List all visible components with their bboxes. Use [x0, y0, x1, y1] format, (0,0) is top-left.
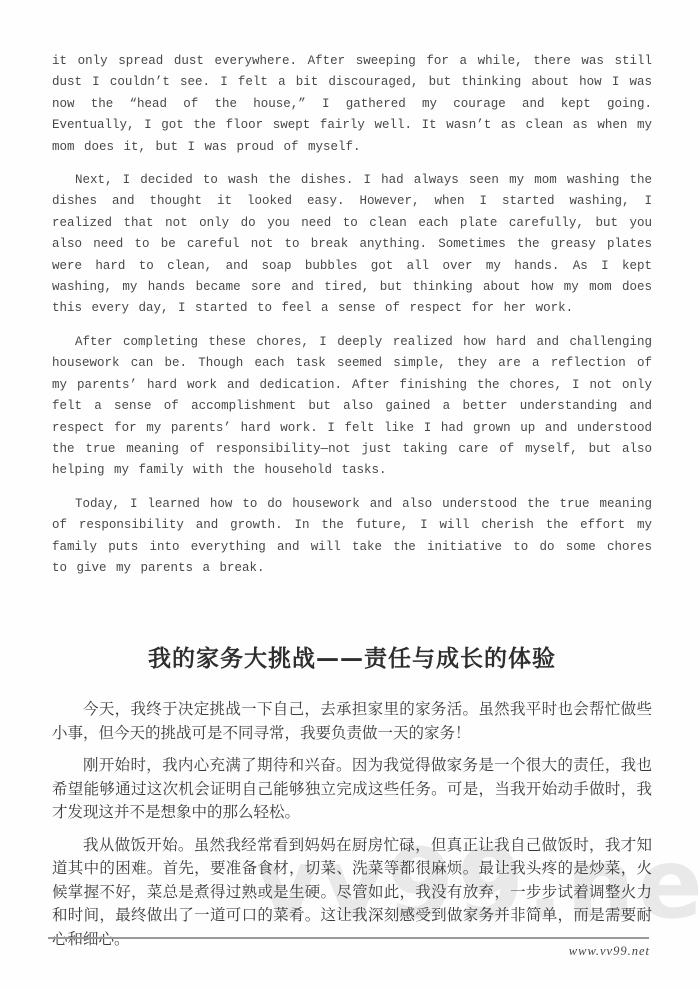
chinese-paragraph: 今天，我终于决定挑战一下自己，去承担家里的家务活。虽然我平时也会帮忙做些小事，但… [52, 698, 652, 745]
chinese-paragraphs: 今天，我终于决定挑战一下自己，去承担家里的家务活。虽然我平时也会帮忙做些小事，但… [52, 698, 652, 951]
english-paragraph: Today, I learned how to do housework and… [52, 494, 652, 580]
english-paragraph: Next, I decided to wash the dishes. I ha… [52, 170, 652, 320]
chinese-essay-section: 我的家务大挑战——责任与成长的体验 今天，我终于决定挑战一下自己，去承担家里的家… [52, 640, 652, 951]
footer-site-url: www.vv99.net [569, 944, 650, 959]
chinese-paragraph: 我从做饭开始。虽然我经常看到妈妈在厨房忙碌，但真正让我自己做饭时，我才知道其中的… [52, 834, 652, 952]
page-content: it only spread dust everywhere. After sw… [52, 51, 652, 960]
essay-title-chinese: 我的家务大挑战——责任与成长的体验 [52, 640, 652, 673]
document-page: vv99.net it only spread dust everywhere.… [0, 0, 700, 989]
chinese-paragraph: 刚开始时，我内心充满了期待和兴奋。因为我觉得做家务是一个很大的责任，我也希望能够… [52, 754, 652, 825]
footer-divider [48, 937, 649, 939]
english-paragraph: it only spread dust everywhere. After sw… [52, 51, 652, 158]
english-essay-section: it only spread dust everywhere. After sw… [52, 51, 652, 579]
english-paragraph: After completing these chores, I deeply … [52, 332, 652, 482]
